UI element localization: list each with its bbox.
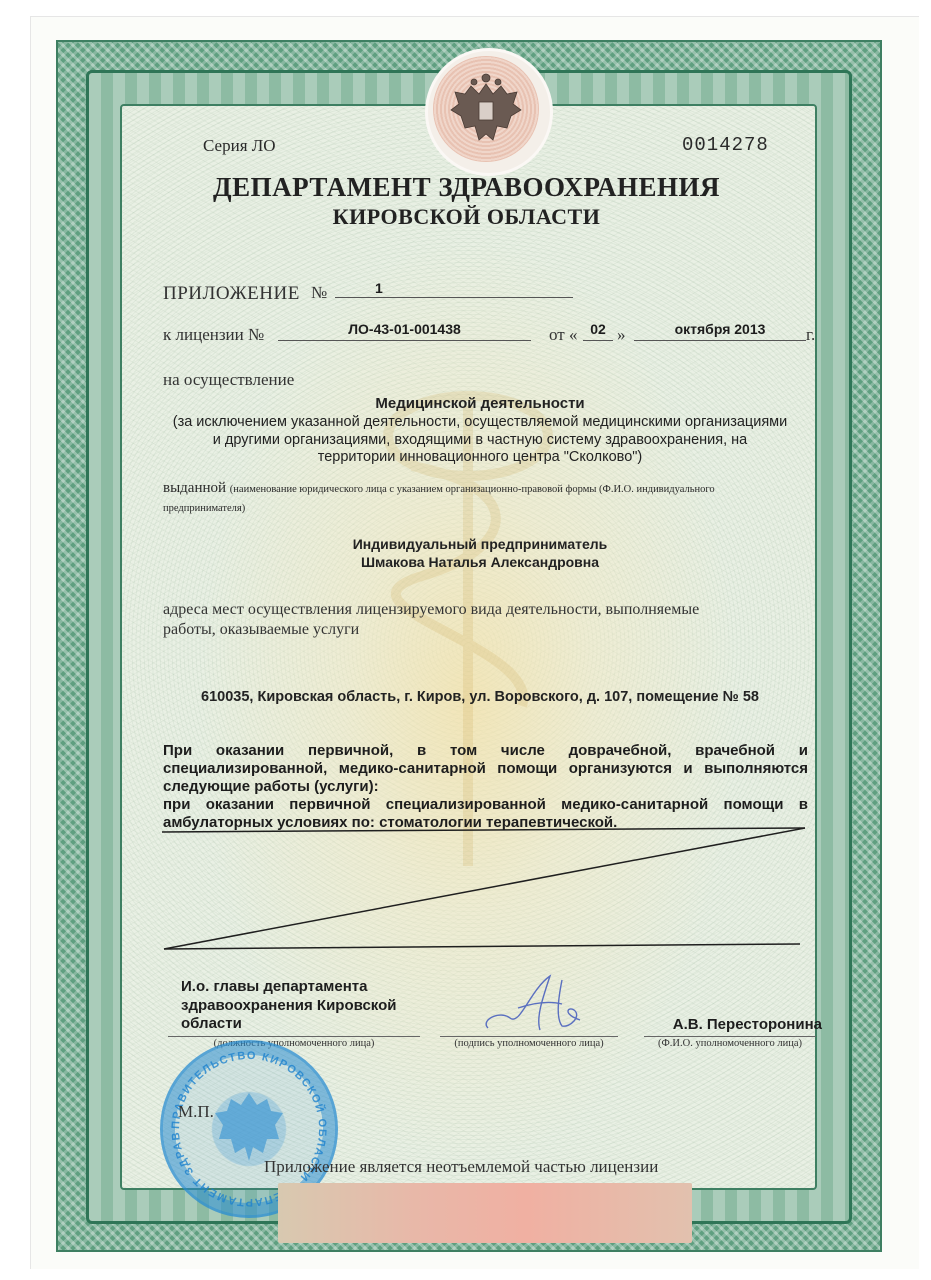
bottom-color-patch xyxy=(278,1183,692,1243)
date-prefix: от « xyxy=(549,325,577,345)
signature-caption: (подпись уполномоченного лица) xyxy=(440,1038,618,1049)
footer-note: Приложение является неотъемлемой частью … xyxy=(264,1157,658,1177)
department-title: ДЕПАРТАМЕНТ ЗДРАВООХРАНЕНИЯ xyxy=(120,172,813,203)
activity-description: (за исключением указанной деятельности, … xyxy=(150,414,810,467)
date-close: » xyxy=(617,325,626,345)
signer-position: И.о. главы департамента здравоохранения … xyxy=(181,978,397,1034)
activity-title: Медицинской деятельности xyxy=(150,395,810,412)
coat-of-arms-emblem xyxy=(433,56,539,162)
license-month-year: октября 2013 xyxy=(634,321,806,341)
license-label: к лицензии № xyxy=(163,325,264,345)
issued-to-hint: предпринимателя) xyxy=(163,503,245,514)
signature-underline xyxy=(440,1036,618,1037)
annex-number: 1 xyxy=(335,280,573,298)
series-label: Серия ЛО xyxy=(203,136,276,156)
services-paragraph-1: При оказании первичной, в том числе довр… xyxy=(163,742,808,796)
handwritten-signature xyxy=(470,970,600,1040)
name-caption: (Ф.И.О. уполномоченного лица) xyxy=(644,1038,816,1049)
license-number: ЛО-43-01-001438 xyxy=(278,321,531,341)
position-underline xyxy=(168,1036,420,1037)
year-suffix: г. xyxy=(806,325,815,345)
seal-label: М.П. xyxy=(178,1102,214,1122)
addresses-label: адреса мест осуществления лицензируемого… xyxy=(163,600,699,640)
unused-space-strikeout xyxy=(150,820,820,960)
annex-label: ПРИЛОЖЕНИЕ xyxy=(163,283,300,305)
issued-to-label: выданной (наименование юридического лица… xyxy=(163,480,715,497)
region-title: КИРОВСКОЙ ОБЛАСТИ xyxy=(120,204,813,230)
license-day: 02 xyxy=(583,321,613,341)
licensee-name: Индивидуальный предприниматель Шмакова Н… xyxy=(150,535,810,571)
activity-label: на осуществление xyxy=(163,370,294,390)
serial-number: 0014278 xyxy=(682,134,769,156)
signer-name: А.В. Пересторонина xyxy=(630,1016,822,1033)
name-underline xyxy=(644,1036,816,1037)
facility-address: 610035, Кировская область, г. Киров, ул.… xyxy=(150,689,810,705)
annex-number-sign: № xyxy=(311,283,327,303)
double-headed-eagle-icon xyxy=(441,64,531,154)
